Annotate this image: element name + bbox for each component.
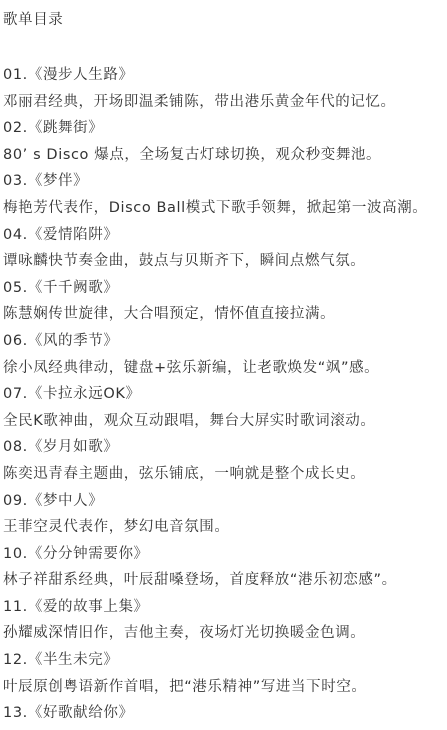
song-description: 陈奕迅青春主题曲，弦乐铺底，一响就是整个成长史。 bbox=[3, 463, 427, 490]
song-heading: 09.《梦中人》 bbox=[3, 490, 427, 517]
page-title: 歌单目录 bbox=[3, 10, 63, 30]
song-description: 王菲空灵代表作，梦幻电音氛围。 bbox=[3, 516, 427, 543]
song-heading: 07.《卡拉永远OK》 bbox=[3, 383, 427, 410]
song-heading: 10.《分分钟需要你》 bbox=[3, 543, 427, 570]
song-heading: 03.《梦伴》 bbox=[3, 170, 427, 197]
song-heading: 04.《爱情陷阱》 bbox=[3, 224, 427, 251]
song-heading: 05.《千千阙歌》 bbox=[3, 277, 427, 304]
song-description: 梅艳芳代表作，Disco Ball模式下歌手领舞，掀起第一波高潮。 bbox=[3, 197, 427, 224]
song-heading: 11.《爱的故事上集》 bbox=[3, 596, 427, 623]
song-description: 邓丽君经典，开场即温柔铺陈，带出港乐黄金年代的记忆。 bbox=[3, 91, 427, 118]
song-description: 林子祥甜系经典，叶辰甜嗓登场，首度释放“港乐初恋感”。 bbox=[3, 569, 427, 596]
song-description: 谭咏麟快节奏金曲，鼓点与贝斯齐下，瞬间点燃气氛。 bbox=[3, 250, 427, 277]
song-heading: 13.《好歌献给你》 bbox=[3, 702, 427, 729]
song-description: 陈慧娴传世旋律，大合唱预定，情怀值直接拉满。 bbox=[3, 303, 427, 330]
song-heading: 08.《岁月如歌》 bbox=[3, 436, 427, 463]
song-heading: 12.《半生未完》 bbox=[3, 649, 427, 676]
song-description: 叶辰原创粤语新作首唱，把“港乐精神”写进当下时空。 bbox=[3, 676, 427, 703]
song-description: 80’ s Disco 爆点，全场复古灯球切换，观众秒变舞池。 bbox=[3, 144, 427, 171]
song-list: 01.《漫步人生路》 邓丽君经典，开场即温柔铺陈，带出港乐黄金年代的记忆。 02… bbox=[3, 64, 427, 729]
playlist-document: 歌单目录 01.《漫步人生路》 邓丽君经典，开场即温柔铺陈，带出港乐黄金年代的记… bbox=[0, 0, 447, 730]
song-heading: 01.《漫步人生路》 bbox=[3, 64, 427, 91]
song-heading: 06.《风的季节》 bbox=[3, 330, 427, 357]
song-description: 徐小凤经典律动，键盘+弦乐新编，让老歌焕发“飒”感。 bbox=[3, 357, 427, 384]
song-heading: 02.《跳舞街》 bbox=[3, 117, 427, 144]
song-description: 全民K歌神曲，观众互动跟唱，舞台大屏实时歌词滚动。 bbox=[3, 410, 427, 437]
song-description: 孙耀威深情旧作，吉他主奏，夜场灯光切换暖金色调。 bbox=[3, 622, 427, 649]
